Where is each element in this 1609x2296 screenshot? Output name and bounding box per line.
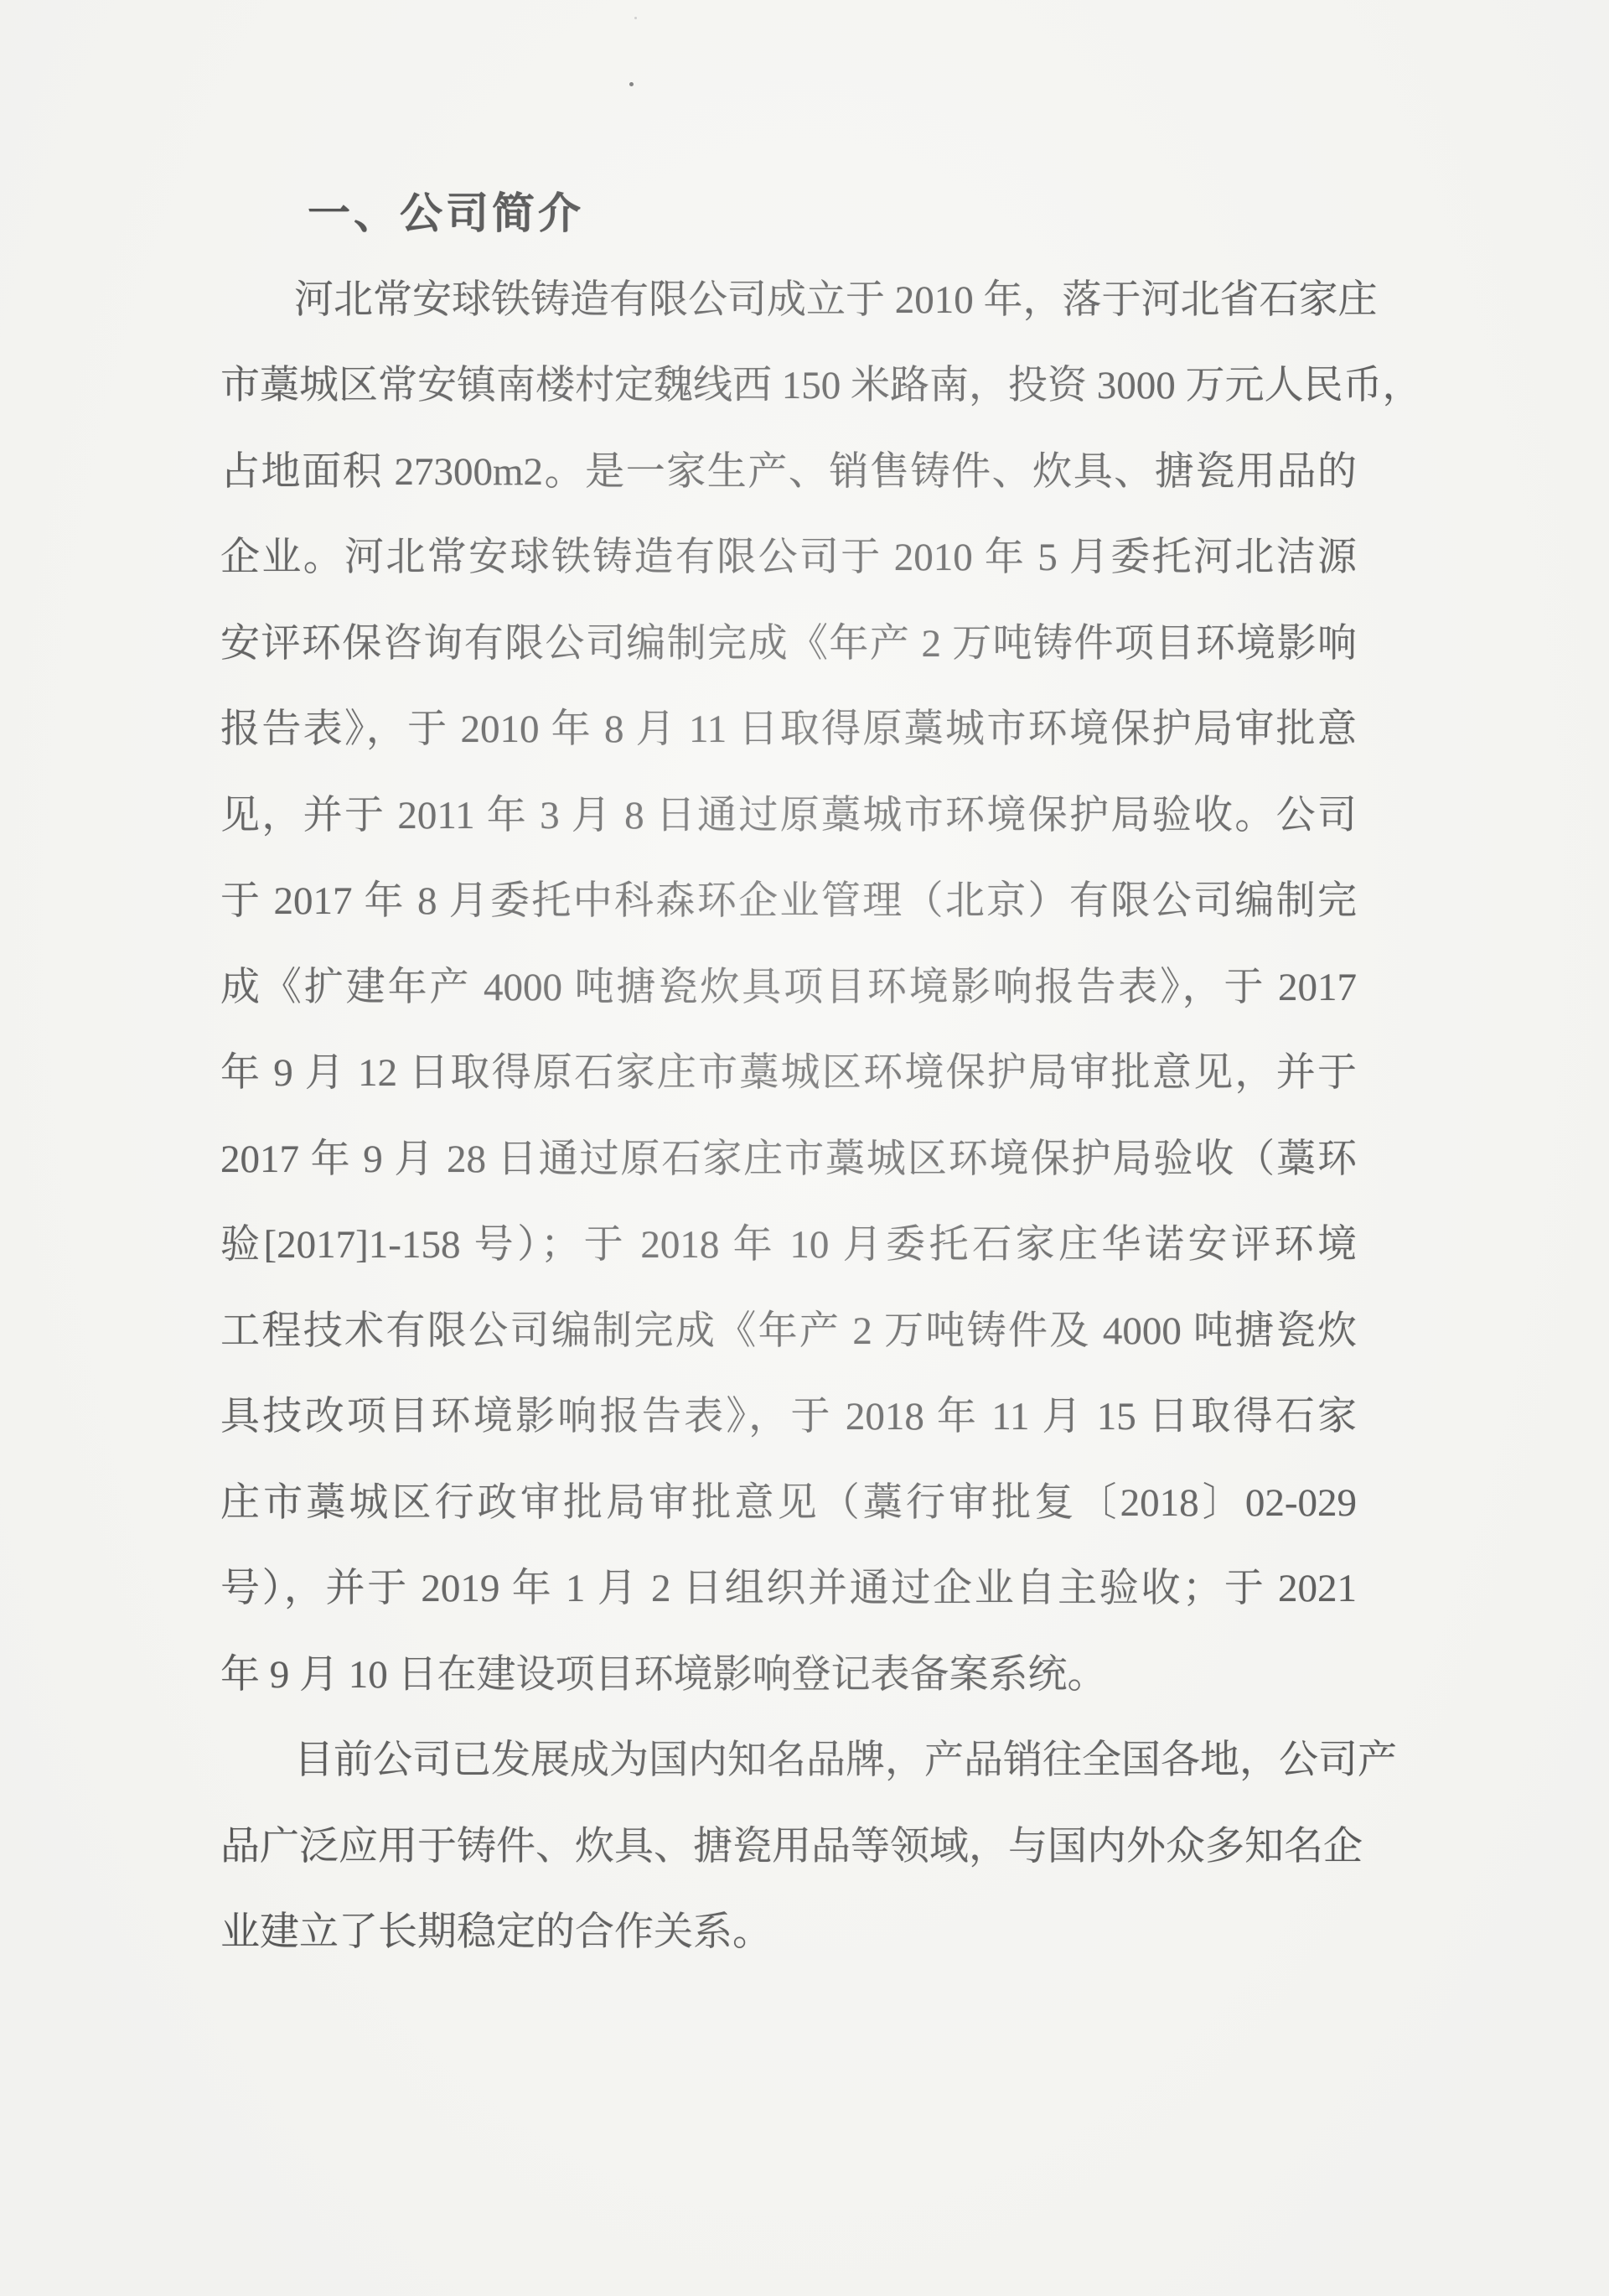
document-text-block: 一、公司简介 河北常安球铁铸造有限公司成立于 2010 年，落于河北省石家庄 市… <box>220 171 1357 1976</box>
text-line: 于 2017 年 8 月委托中科森环企业管理（北京）有限公司编制完 <box>220 858 1357 945</box>
text-line: 河北常安球铁铸造有限公司成立于 2010 年，落于河北省石家庄 <box>220 257 1357 344</box>
scan-speck <box>629 82 634 86</box>
section-heading: 一、公司简介 <box>220 171 1357 257</box>
text-line: 工程技术有限公司编制完成《年产 2 万吨铸件及 4000 吨搪瓷炊 <box>220 1288 1357 1375</box>
text-line: 目前公司已发展成为国内知名品牌，产品销往全国各地，公司产 <box>220 1718 1357 1804</box>
text-line: 占地面积 27300m2。是一家生产、销售铸件、炊具、搪瓷用品的 <box>220 429 1357 516</box>
text-line: 具技改项目环境影响报告表》，于 2018 年 11 月 15 日取得石家 <box>220 1374 1357 1460</box>
text-line: 报告表》，于 2010 年 8 月 11 日取得原藁城市环境保护局审批意 <box>220 687 1357 773</box>
scan-speck-faint <box>634 17 637 19</box>
text-line: 成《扩建年产 4000 吨搪瓷炊具项目环境影响报告表》，于 2017 <box>220 945 1357 1031</box>
text-line: 号），并于 2019 年 1 月 2 日组织并通过企业自主验收；于 2021 <box>220 1546 1357 1632</box>
text-line: 庄市藁城区行政审批局审批意见（藁行审批复〔2018〕02-029 <box>220 1460 1357 1547</box>
text-line: 企业。河北常安球铁铸造有限公司于 2010 年 5 月委托河北洁源 <box>220 515 1357 601</box>
text-line: 品广泛应用于铸件、炊具、搪瓷用品等领域，与国内外众多知名企 <box>220 1804 1357 1890</box>
text-line: 2017 年 9 月 28 日通过原石家庄市藁城区环境保护局验收（藁环 <box>220 1117 1357 1203</box>
text-line: 见，并于 2011 年 3 月 8 日通过原藁城市环境保护局验收。公司 <box>220 773 1357 859</box>
text-line: 年 9 月 10 日在建设项目环境影响登记表备案系统。 <box>220 1632 1357 1718</box>
text-line: 年 9 月 12 日取得原石家庄市藁城区环境保护局审批意见，并于 <box>220 1030 1357 1117</box>
text-line: 验[2017]1-158 号）；于 2018 年 10 月委托石家庄华诺安评环境 <box>220 1202 1357 1288</box>
text-line: 安评环保咨询有限公司编制完成《年产 2 万吨铸件项目环境影响 <box>220 601 1357 687</box>
scanned-document-page: 一、公司简介 河北常安球铁铸造有限公司成立于 2010 年，落于河北省石家庄 市… <box>0 0 1609 2296</box>
text-line: 业建立了长期稳定的合作关系。 <box>220 1889 1357 1976</box>
text-line: 市藁城区常安镇南楼村定魏线西 150 米路南，投资 3000 万元人民币， <box>220 343 1357 429</box>
